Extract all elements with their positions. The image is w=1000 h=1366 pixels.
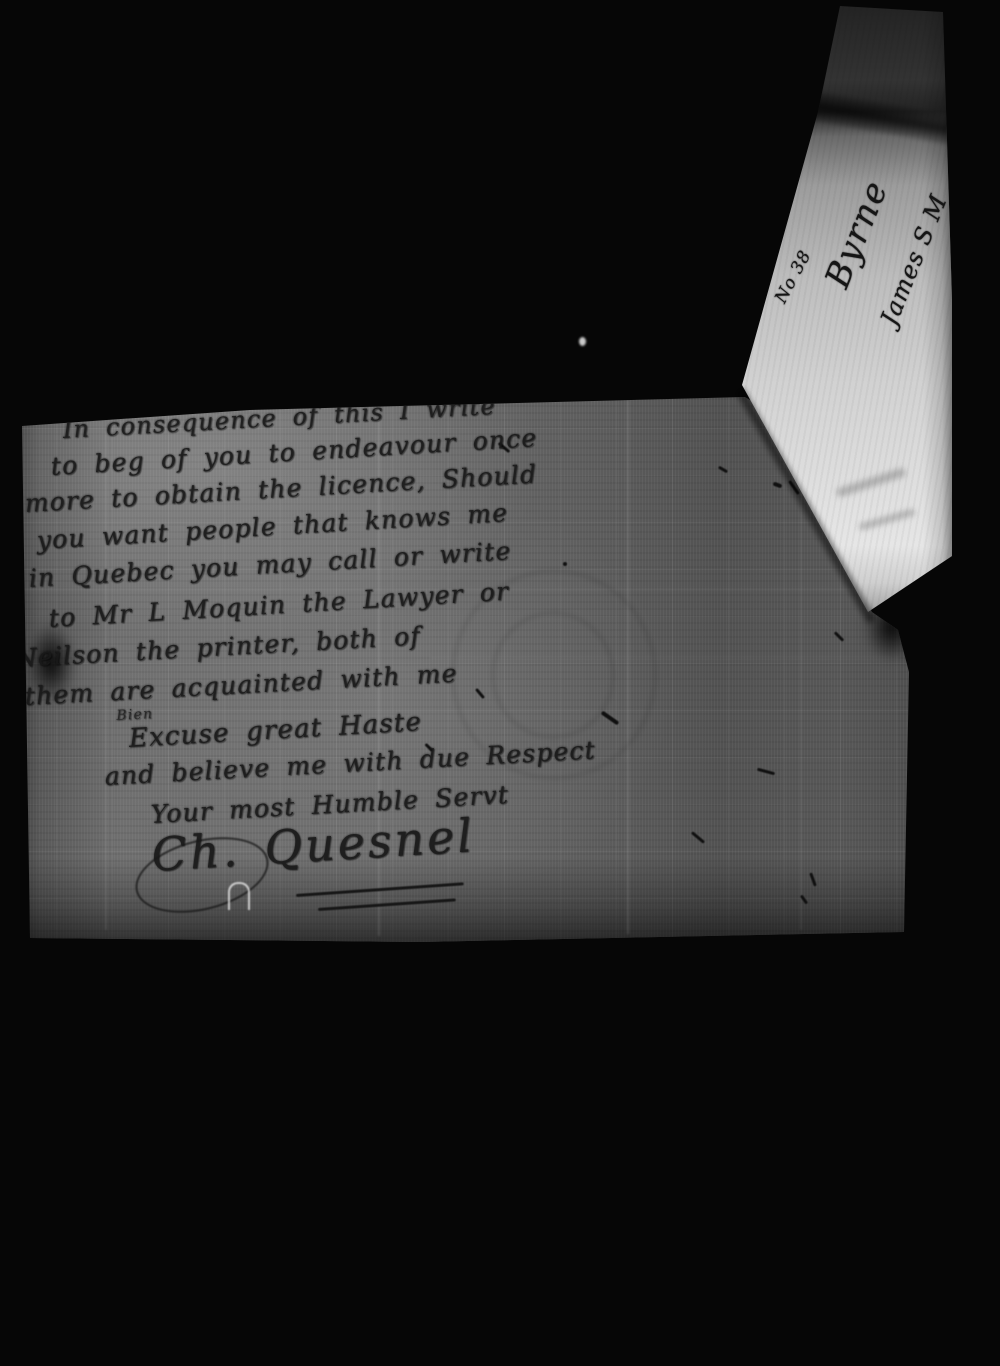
ink-speck xyxy=(773,482,783,489)
microfilm-scan: 1956 In consequence of this I write to b… xyxy=(0,0,1000,1366)
faint-smudge xyxy=(835,467,906,498)
signature-underline xyxy=(318,898,456,910)
dust-speck xyxy=(579,337,586,346)
ink-speck xyxy=(809,872,817,886)
docket-number: No 38 xyxy=(771,247,815,307)
watermark-circle-inner xyxy=(492,612,614,738)
ink-speck xyxy=(691,831,705,844)
folio-number: 1956 xyxy=(26,398,76,422)
ink-speck xyxy=(563,562,567,566)
faint-smudge xyxy=(858,508,916,531)
ink-speck xyxy=(718,466,728,474)
white-hook-mark xyxy=(228,882,250,910)
inserted-word: Bien xyxy=(116,706,154,724)
ink-speck xyxy=(757,768,775,776)
docket-scrawl: Byrne xyxy=(817,174,896,293)
ink-speck xyxy=(834,631,845,642)
fragment-fold-shadow xyxy=(733,77,975,148)
